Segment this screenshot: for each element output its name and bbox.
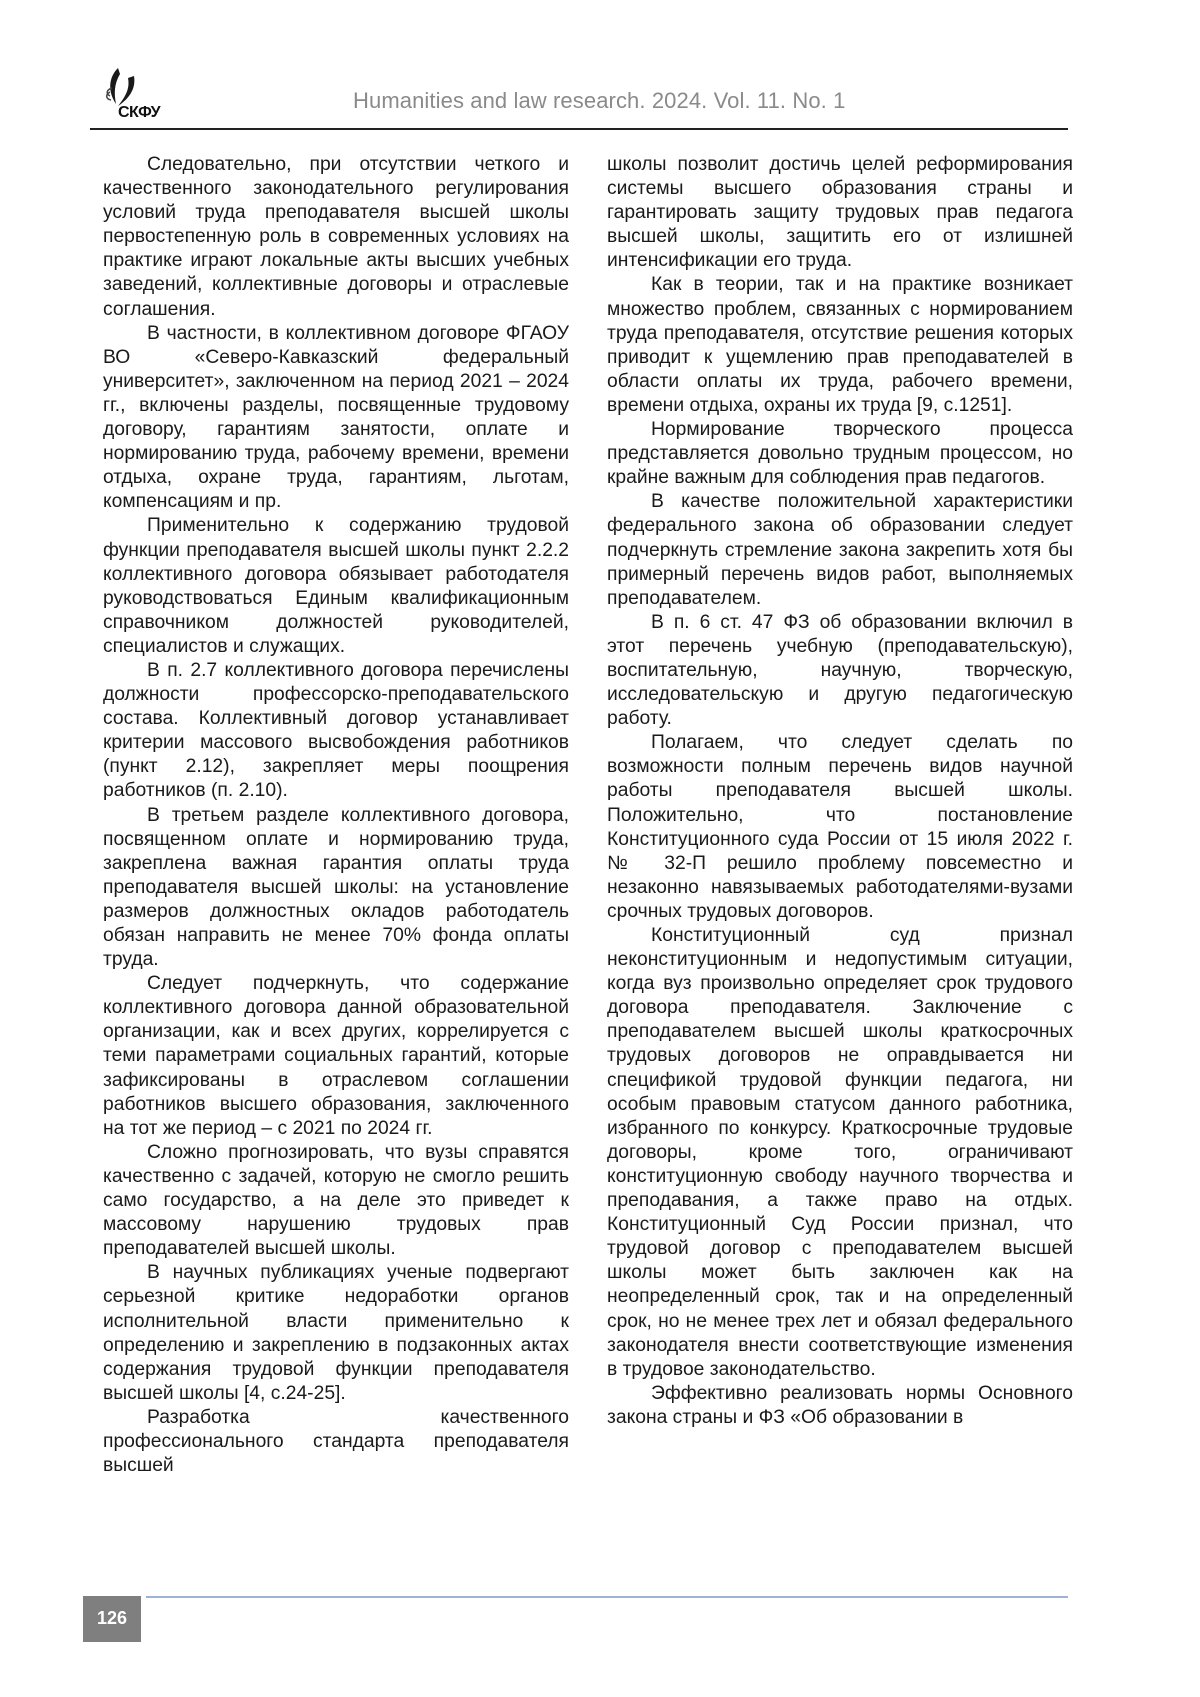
footer-divider bbox=[146, 1596, 1068, 1598]
logo-text: СКФУ bbox=[118, 104, 160, 122]
paragraph: Следует подчеркнуть, что содержание колл… bbox=[103, 972, 569, 1141]
paragraph: В п. 2.7 коллективного договора перечисл… bbox=[103, 659, 569, 804]
header-divider bbox=[90, 128, 1068, 130]
paragraph: Применительно к содержанию трудовой функ… bbox=[103, 514, 569, 659]
page-header: СКФУ Humanities and law research. 2024. … bbox=[90, 60, 1068, 130]
paragraph: Разработка качественного профессионально… bbox=[103, 1406, 569, 1478]
page-number: 126 bbox=[83, 1596, 141, 1642]
right-column: школы позволит достичь целей реформирова… bbox=[607, 153, 1073, 1430]
paragraph: Полагаем, что следует сделать по возможн… bbox=[607, 731, 1073, 924]
paragraph: Нормирование творческого процесса предст… bbox=[607, 418, 1073, 490]
paragraph: Конституционный суд признал неконституци… bbox=[607, 924, 1073, 1382]
university-logo: СКФУ bbox=[100, 68, 180, 128]
paragraph: Следовательно, при отсутствии четкого и … bbox=[103, 153, 569, 322]
paragraph: Эффективно реализовать нормы Основного з… bbox=[607, 1382, 1073, 1430]
paragraph: В частности, в коллективном договоре ФГА… bbox=[103, 322, 569, 515]
paragraph: Сложно прогнозировать, что вузы справятс… bbox=[103, 1141, 569, 1261]
paragraph: В п. 6 ст. 47 ФЗ об образовании включил … bbox=[607, 611, 1073, 731]
paragraph: Как в теории, так и на практике возникае… bbox=[607, 273, 1073, 418]
left-column: Следовательно, при отсутствии четкого и … bbox=[103, 153, 569, 1478]
paragraph: В качестве положительной характеристики … bbox=[607, 490, 1073, 610]
paragraph-continuation: школы позволит достичь целей реформирова… bbox=[607, 153, 1073, 273]
journal-title: Humanities and law research. 2024. Vol. … bbox=[353, 88, 845, 114]
paragraph: В третьем разделе коллективного договора… bbox=[103, 804, 569, 973]
paragraph: В научных публикациях ученые подвергают … bbox=[103, 1261, 569, 1406]
